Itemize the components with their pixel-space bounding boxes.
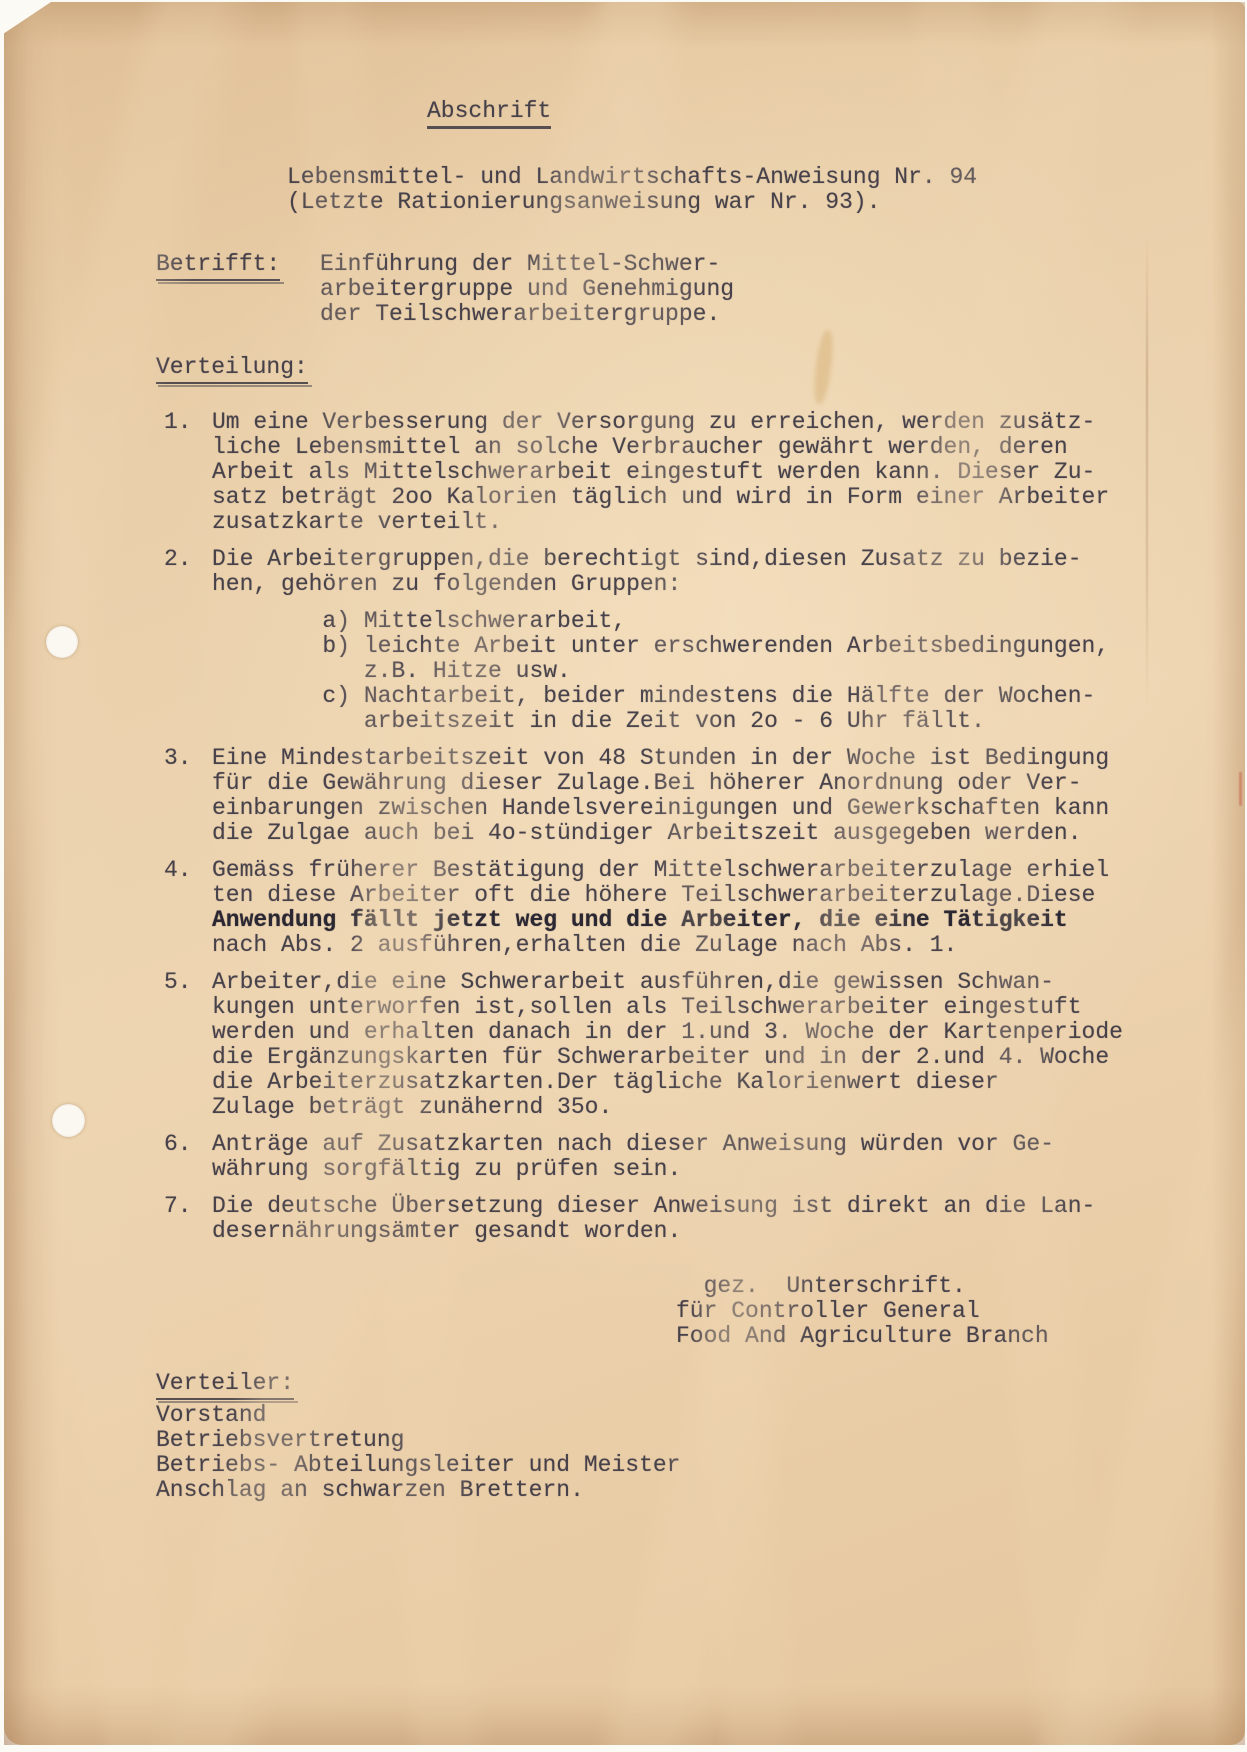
item-line: Die deutsche Übersetzung dieser Anweisun… [212, 1194, 1215, 1219]
subject-block: Betrifft: Einführung der Mittel-Schwer-a… [156, 252, 1215, 327]
item-text: Anträge auf Zusatzkarten nach dieser Anw… [212, 1132, 1215, 1182]
subject-line: arbeitergruppe und Genehmigung [320, 277, 734, 302]
signature-line: Food And Agriculture Branch [676, 1324, 1215, 1349]
paper-edge-shadow-left [4, 2, 60, 1745]
item-line: Die Arbeitergruppen,die berechtigt sind,… [212, 547, 1215, 572]
distribution-block: Verteiler: VorstandBetriebsvertretungBet… [156, 1371, 1215, 1503]
subject-line: der Teilschwerarbeitergruppe. [320, 302, 734, 327]
punch-hole-bottom [52, 1104, 85, 1137]
distribution-entry: Anschlag an schwarzen Brettern. [156, 1478, 1215, 1503]
item-number: 6. [164, 1132, 212, 1182]
item-line: Anwendung fällt jetzt weg und die Arbeit… [212, 908, 1215, 933]
item-line: arbeitszeit in die Zeit von 2o - 6 Uhr f… [212, 709, 1215, 734]
item-line: Eine Mindestarbeitszeit von 48 Stunden i… [212, 746, 1215, 771]
list-item: 1.Um eine Verbesserung der Versorgung zu… [164, 410, 1215, 535]
paper-edge-shadow-bottom [4, 1685, 1245, 1745]
item-line: Anträge auf Zusatzkarten nach dieser Anw… [212, 1132, 1215, 1157]
scanned-page: Abschrift Lebensmittel- und Landwirtscha… [0, 0, 1247, 1752]
item-line: die Ergänzungskarten für Schwerarbeiter … [212, 1045, 1215, 1070]
signature-line: gez. Unterschrift. [676, 1274, 1215, 1299]
page-title: Abschrift [427, 99, 551, 129]
item-line: Arbeiter,die eine Schwerarbeit ausführen… [212, 970, 1215, 995]
item-text: Um eine Verbesserung der Versorgung zu e… [212, 410, 1215, 535]
list-item: 5.Arbeiter,die eine Schwerarbeit ausführ… [164, 970, 1215, 1120]
subject-label: Betrifft: [156, 252, 280, 281]
subtitle-line: Lebensmittel- und Landwirtschafts-Anweis… [287, 165, 1215, 190]
typed-content: Abschrift Lebensmittel- und Landwirtscha… [156, 2, 1215, 1503]
item-line: a) Mittelschwerarbeit, [212, 609, 1215, 634]
subtitle-line: (Letzte Rationierungsanweisung war Nr. 9… [287, 190, 1215, 215]
subtitle-block: Lebensmittel- und Landwirtschafts-Anweis… [287, 165, 1215, 215]
paper-edge-mark [1239, 772, 1242, 806]
item-line: z.B. Hitze usw. [212, 659, 1215, 684]
distribution-entry: Vorstand [156, 1403, 1215, 1428]
distribution-entry: Betriebsvertretung [156, 1428, 1215, 1453]
item-line: Gemäss früherer Bestätigung der Mittelsc… [212, 858, 1215, 883]
item-line: ten diese Arbeiter oft die höhere Teilsc… [212, 883, 1215, 908]
distribution-label: Verteiler: [156, 1371, 294, 1400]
item-line: die Arbeiterzusatzkarten.Der tägliche Ka… [212, 1070, 1215, 1095]
item-line: Zulage beträgt zunähernd 35o. [212, 1095, 1215, 1120]
item-line: Arbeit als Mittelschwerarbeit eingestuft… [212, 460, 1215, 485]
section-heading: Verteilung: [156, 355, 308, 384]
item-line: kungen unterworfen ist,sollen als Teilsc… [212, 995, 1215, 1020]
item-line: desernährungsämter gesandt worden. [212, 1219, 1215, 1244]
numbered-list: 1.Um eine Verbesserung der Versorgung zu… [164, 410, 1215, 1244]
item-text: Die Arbeitergruppen,die berechtigt sind,… [212, 547, 1215, 734]
item-line: Um eine Verbesserung der Versorgung zu e… [212, 410, 1215, 435]
list-item: 7.Die deutsche Übersetzung dieser Anweis… [164, 1194, 1215, 1244]
subject-text: Einführung der Mittel-Schwer-arbeitergru… [320, 252, 734, 327]
punch-hole-top [46, 626, 78, 658]
item-line: b) leichte Arbeit unter erschwerenden Ar… [212, 634, 1215, 659]
item-line: zusatzkarte verteilt. [212, 510, 1215, 535]
item-line: satz beträgt 2oo Kalorien täglich und wi… [212, 485, 1215, 510]
item-line: währung sorgfältig zu prüfen sein. [212, 1157, 1215, 1182]
item-line: werden und erhalten danach in der 1.und … [212, 1020, 1215, 1045]
list-item: 3.Eine Mindestarbeitszeit von 48 Stunden… [164, 746, 1215, 846]
item-number: 4. [164, 858, 212, 958]
title-row: Abschrift [427, 99, 1215, 129]
item-line: hen, gehören zu folgenden Gruppen: [212, 572, 1215, 597]
item-line: für die Gewährung dieser Zulage.Bei höhe… [212, 771, 1215, 796]
list-item: 2.Die Arbeitergruppen,die berechtigt sin… [164, 547, 1215, 734]
item-line: c) Nachtarbeit, beider mindestens die Hä… [212, 684, 1215, 709]
item-number: 7. [164, 1194, 212, 1244]
item-number: 2. [164, 547, 212, 734]
item-line: die Zulgae auch bei 4o-stündiger Arbeits… [212, 821, 1215, 846]
distribution-entry: Betriebs- Abteilungsleiter und Meister [156, 1453, 1215, 1478]
signature-block: gez. Unterschrift.für Controller General… [676, 1274, 1215, 1349]
list-item: 6.Anträge auf Zusatzkarten nach dieser A… [164, 1132, 1215, 1182]
item-text: Gemäss früherer Bestätigung der Mittelsc… [212, 858, 1215, 958]
paper-corner-cut [0, 0, 54, 36]
item-number: 3. [164, 746, 212, 846]
item-line: liche Lebensmittel an solche Verbraucher… [212, 435, 1215, 460]
paper-sheet: Abschrift Lebensmittel- und Landwirtscha… [4, 2, 1245, 1745]
item-number: 1. [164, 410, 212, 535]
paper-edge-shadow-right [1211, 2, 1245, 1745]
distribution-entries: VorstandBetriebsvertretungBetriebs- Abte… [156, 1403, 1215, 1503]
subject-label-cell: Betrifft: [156, 252, 320, 327]
item-text: Arbeiter,die eine Schwerarbeit ausführen… [212, 970, 1215, 1120]
item-line: einbarungen zwischen Handelsvereinigunge… [212, 796, 1215, 821]
item-line: nach Abs. 2 ausführen,erhalten die Zulag… [212, 933, 1215, 958]
signature-line: für Controller General [676, 1299, 1215, 1324]
item-number: 5. [164, 970, 212, 1120]
list-item: 4.Gemäss früherer Bestätigung der Mittel… [164, 858, 1215, 958]
subject-line: Einführung der Mittel-Schwer- [320, 252, 734, 277]
item-text: Eine Mindestarbeitszeit von 48 Stunden i… [212, 746, 1215, 846]
item-text: Die deutsche Übersetzung dieser Anweisun… [212, 1194, 1215, 1244]
section-heading-row: Verteilung: [156, 355, 1215, 384]
